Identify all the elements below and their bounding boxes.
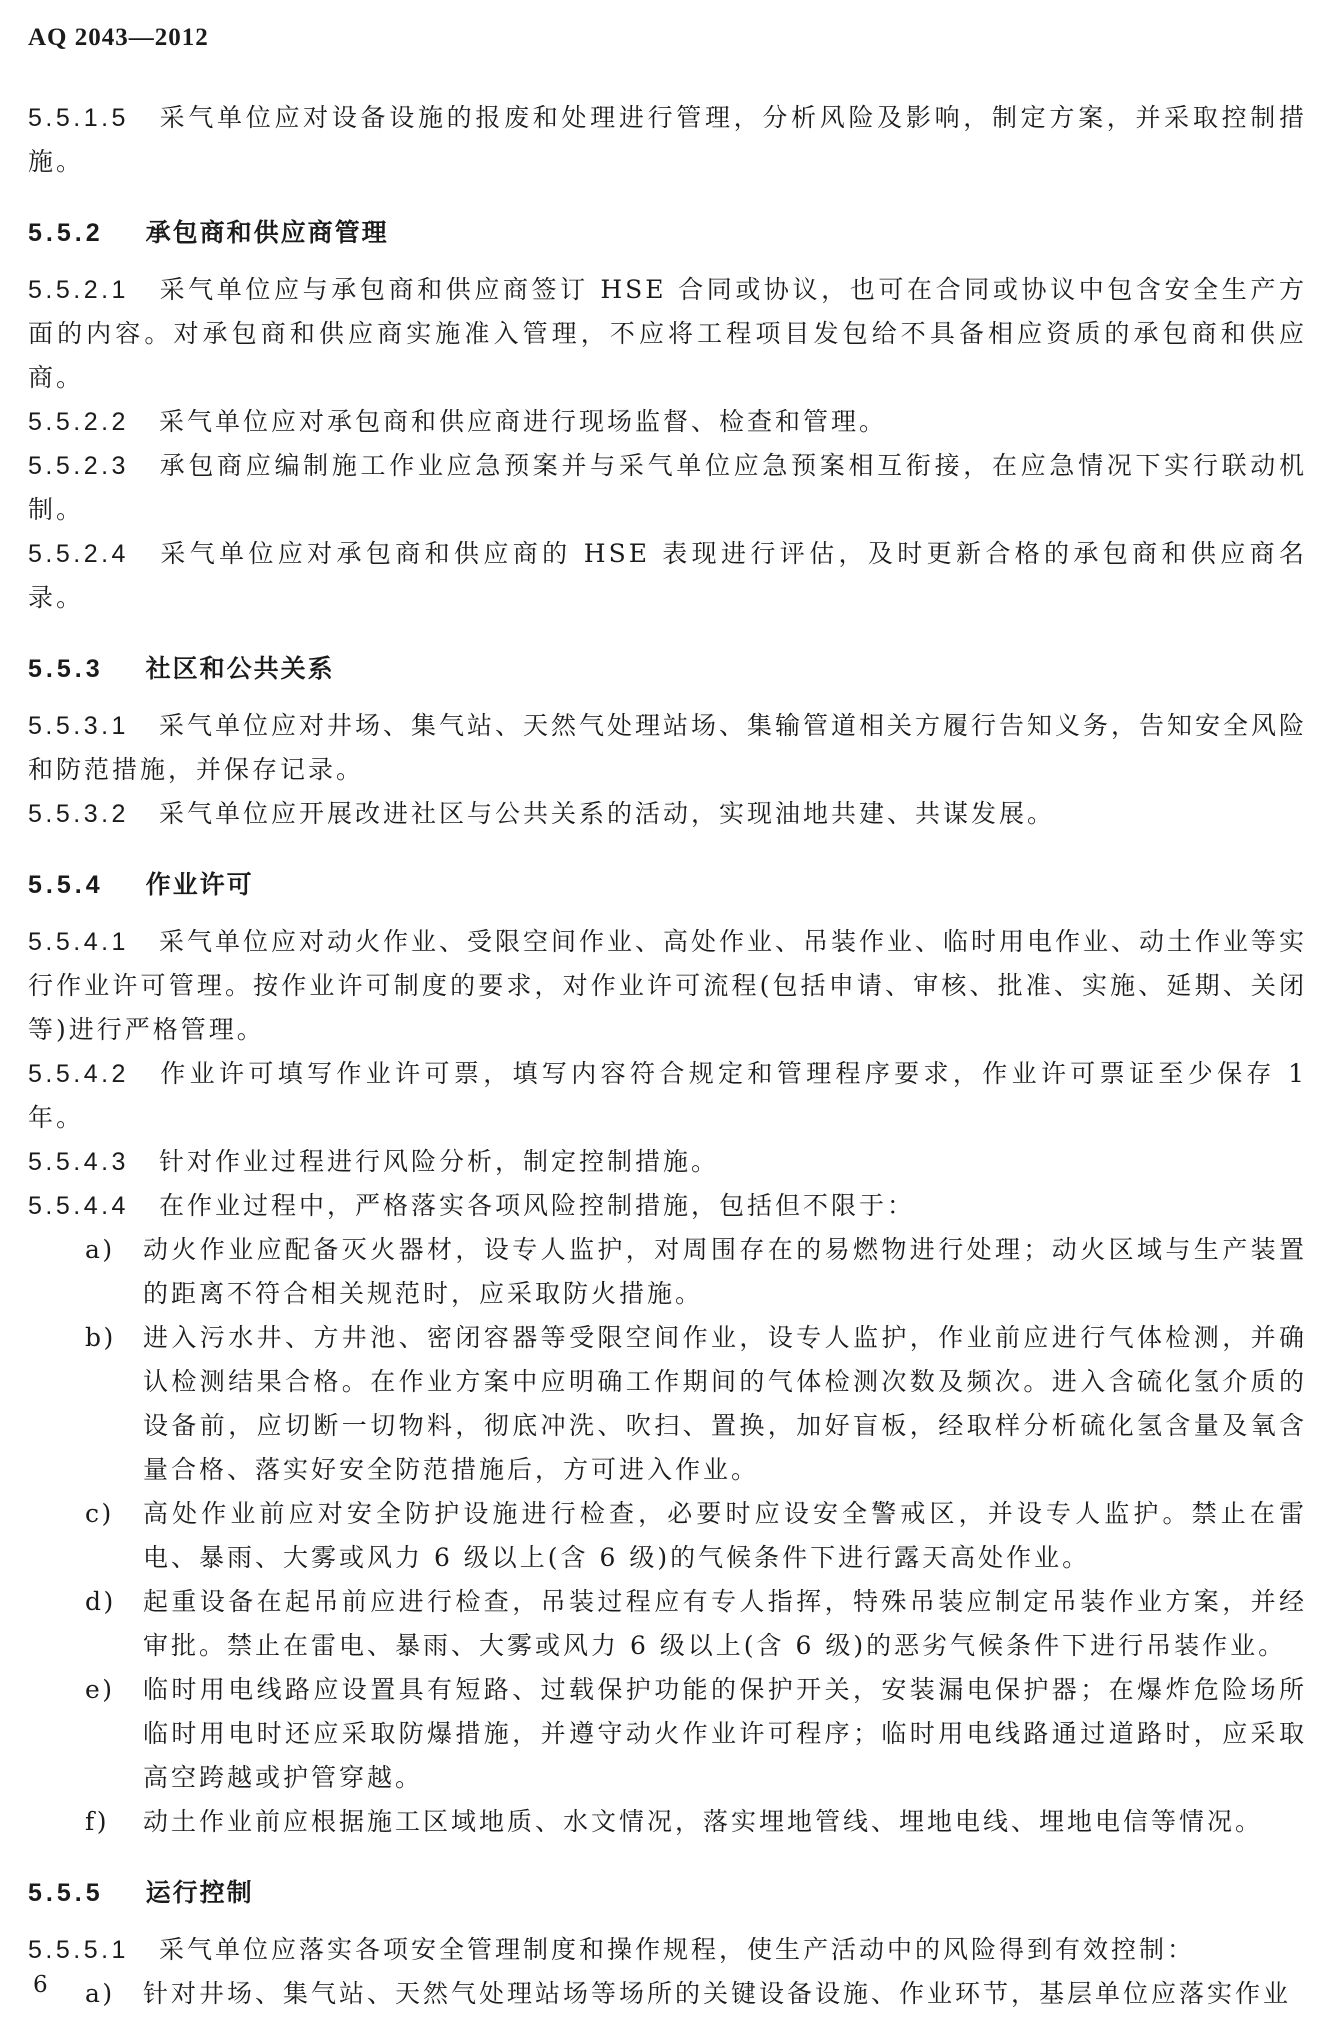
clause-paragraph: 5.5.4.1采气单位应对动火作业、受限空间作业、高处作业、吊装作业、临时用电作… xyxy=(28,920,1307,1052)
clause-paragraph: 5.5.3.2采气单位应开展改进社区与公共关系的活动，实现油地共建、共谋发展。 xyxy=(28,792,1307,836)
clause-paragraph: 5.5.2.3承包商应编制施工作业应急预案并与采气单位应急预案相互衔接，在应急情… xyxy=(28,444,1307,532)
list-item-marker: f) xyxy=(85,1800,109,1844)
section-title: 社区和公共关系 xyxy=(146,655,335,683)
clause-text: 采气单位应对设备设施的报废和处理进行管理，分析风险及影响，制定方案，并采取控制措… xyxy=(28,103,1307,176)
clause-text: 采气单位应开展改进社区与公共关系的活动，实现油地共建、共谋发展。 xyxy=(159,799,1055,828)
clause-paragraph: 5.5.3.1采气单位应对井场、集气站、天然气处理站场、集输管道相关方履行告知义… xyxy=(28,704,1307,792)
clause-text: 针对作业过程进行风险分析，制定控制措施。 xyxy=(159,1147,719,1176)
clause-number: 5.5.5.1 xyxy=(28,1936,129,1964)
list-item-text: 临时用电线路应设置具有短路、过载保护功能的保护开关，安装漏电保护器；在爆炸危险场… xyxy=(143,1675,1307,1792)
clause-text: 采气单位应对承包商和供应商的 HSE 表现进行评估，及时更新合格的承包商和供应商… xyxy=(28,539,1307,612)
clause-paragraph: 5.5.5.1采气单位应落实各项安全管理制度和操作规程，使生产活动中的风险得到有… xyxy=(28,1928,1307,1972)
section-heading: 5.5.5运行控制 xyxy=(28,1878,1307,1908)
clause-paragraph: 5.5.2.2采气单位应对承包商和供应商进行现场监督、检查和管理。 xyxy=(28,400,1307,444)
lettered-list: a)动火作业应配备灭火器材，设专人监护，对周围存在的易燃物进行处理；动火区域与生… xyxy=(28,1228,1307,1844)
section-number: 5.5.5 xyxy=(28,1879,104,1907)
list-item-text: 进入污水井、方井池、密闭容器等受限空间作业，设专人监护，作业前应进行气体检测，并… xyxy=(143,1323,1307,1484)
clause-text: 采气单位应对承包商和供应商进行现场监督、检查和管理。 xyxy=(159,407,887,436)
clause-paragraph: 5.5.1.5采气单位应对设备设施的报废和处理进行管理，分析风险及影响，制定方案… xyxy=(28,96,1307,184)
standard-code-header: AQ 2043—2012 xyxy=(28,24,1307,52)
list-item: a)动火作业应配备灭火器材，设专人监护，对周围存在的易燃物进行处理；动火区域与生… xyxy=(28,1228,1307,1316)
clause-number: 5.5.4.2 xyxy=(28,1060,129,1088)
clause-text: 承包商应编制施工作业应急预案并与采气单位应急预案相互衔接，在应急情况下实行联动机… xyxy=(28,451,1307,524)
list-item: c)高处作业前应对安全防护设施进行检查，必要时应设安全警戒区，并设专人监护。禁止… xyxy=(28,1492,1307,1580)
list-item: d)起重设备在起吊前应进行检查，吊装过程应有专人指挥，特殊吊装应制定吊装作业方案… xyxy=(28,1580,1307,1668)
list-item-text: 动火作业应配备灭火器材，设专人监护，对周围存在的易燃物进行处理；动火区域与生产装… xyxy=(143,1235,1307,1308)
clause-text: 采气单位应与承包商和供应商签订 HSE 合同或协议，也可在合同或协议中包含安全生… xyxy=(28,275,1307,392)
list-item-marker: a) xyxy=(85,1972,115,2016)
section-heading: 5.5.3社区和公共关系 xyxy=(28,654,1307,684)
clause-number: 5.5.2.3 xyxy=(28,452,129,480)
list-item: f)动土作业前应根据施工区域地质、水文情况，落实埋地管线、埋地电线、埋地电信等情… xyxy=(28,1800,1307,1844)
clause-paragraph: 5.5.4.3针对作业过程进行风险分析，制定控制措施。 xyxy=(28,1140,1307,1184)
list-item: e)临时用电线路应设置具有短路、过载保护功能的保护开关，安装漏电保护器；在爆炸危… xyxy=(28,1668,1307,1800)
section-title: 承包商和供应商管理 xyxy=(146,219,389,247)
clause-text: 作业许可填写作业许可票，填写内容符合规定和管理程序要求，作业许可票证至少保存 1… xyxy=(28,1059,1307,1132)
clause-number: 5.5.3.2 xyxy=(28,800,129,828)
list-item-marker: a) xyxy=(85,1228,115,1272)
clause-number: 5.5.2.2 xyxy=(28,408,129,436)
section-number: 5.5.2 xyxy=(28,219,104,247)
list-item-marker: c) xyxy=(85,1492,114,1536)
clause-paragraph: 5.5.4.2作业许可填写作业许可票，填写内容符合规定和管理程序要求，作业许可票… xyxy=(28,1052,1307,1140)
list-item-text: 高处作业前应对安全防护设施进行检查，必要时应设安全警戒区，并设专人监护。禁止在雷… xyxy=(143,1499,1307,1572)
section-title: 运行控制 xyxy=(146,1879,254,1907)
section-heading: 5.5.2承包商和供应商管理 xyxy=(28,218,1307,248)
clause-text: 采气单位应对动火作业、受限空间作业、高处作业、吊装作业、临时用电作业、动土作业等… xyxy=(28,927,1307,1044)
clause-number: 5.5.4.3 xyxy=(28,1148,129,1176)
clause-number: 5.5.3.1 xyxy=(28,712,129,740)
list-item-marker: d) xyxy=(85,1580,116,1624)
list-item-marker: b) xyxy=(85,1316,116,1360)
list-item: a)针对井场、集气站、天然气处理站场等场所的关键设备设施、作业环节，基层单位应落… xyxy=(28,1972,1307,2016)
document-page: AQ 2043—2012 5.5.1.5采气单位应对设备设施的报废和处理进行管理… xyxy=(0,0,1335,2039)
list-item-marker: e) xyxy=(85,1668,115,1712)
section-number: 5.5.4 xyxy=(28,871,104,899)
clause-number: 5.5.2.1 xyxy=(28,276,129,304)
list-item-text: 针对井场、集气站、天然气处理站场等场所的关键设备设施、作业环节，基层单位应落实作… xyxy=(143,1979,1291,2008)
clause-text: 采气单位应对井场、集气站、天然气处理站场、集输管道相关方履行告知义务，告知安全风… xyxy=(28,711,1307,784)
document-body: 5.5.1.5采气单位应对设备设施的报废和处理进行管理，分析风险及影响，制定方案… xyxy=(28,96,1307,2016)
section-heading: 5.5.4作业许可 xyxy=(28,870,1307,900)
clause-paragraph: 5.5.4.4在作业过程中，严格落实各项风险控制措施，包括但不限于： xyxy=(28,1184,1307,1228)
list-item-text: 动土作业前应根据施工区域地质、水文情况，落实埋地管线、埋地电线、埋地电信等情况。 xyxy=(143,1807,1263,1836)
list-item: b)进入污水井、方井池、密闭容器等受限空间作业，设专人监护，作业前应进行气体检测… xyxy=(28,1316,1307,1492)
section-number: 5.5.3 xyxy=(28,655,104,683)
section-title: 作业许可 xyxy=(146,871,254,899)
clause-number: 5.5.4.1 xyxy=(28,928,129,956)
lettered-list: a)针对井场、集气站、天然气处理站场等场所的关键设备设施、作业环节，基层单位应落… xyxy=(28,1972,1307,2016)
clause-paragraph: 5.5.2.1采气单位应与承包商和供应商签订 HSE 合同或协议，也可在合同或协… xyxy=(28,268,1307,400)
clause-number: 5.5.2.4 xyxy=(28,540,129,568)
clause-text: 在作业过程中，严格落实各项风险控制措施，包括但不限于： xyxy=(159,1191,915,1220)
clause-number: 5.5.4.4 xyxy=(28,1192,129,1220)
page-number: 6 xyxy=(33,1972,48,1998)
list-item-text: 起重设备在起吊前应进行检查，吊装过程应有专人指挥，特殊吊装应制定吊装作业方案，并… xyxy=(143,1587,1307,1660)
clause-text: 采气单位应落实各项安全管理制度和操作规程，使生产活动中的风险得到有效控制： xyxy=(159,1935,1195,1964)
clause-paragraph: 5.5.2.4采气单位应对承包商和供应商的 HSE 表现进行评估，及时更新合格的… xyxy=(28,532,1307,620)
clause-number: 5.5.1.5 xyxy=(28,104,129,132)
